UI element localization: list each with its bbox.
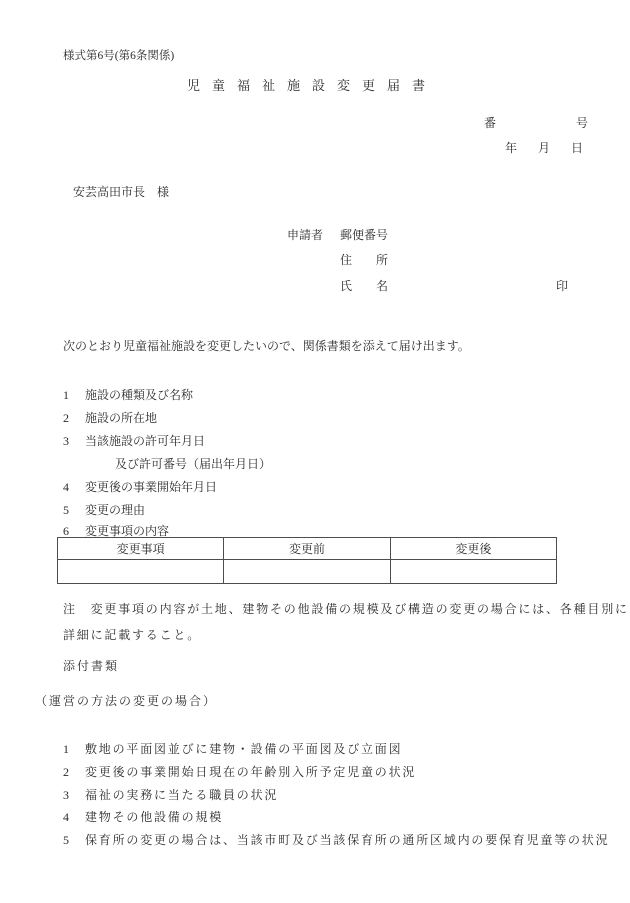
list-item: 4変更後の事業開始年月日 [63, 481, 217, 495]
attachment-item: 3福祉の実務に当たる職員の状況 [63, 789, 278, 803]
item-number: 2 [63, 412, 85, 426]
intro-text: 次のとおり児童福祉施設を変更したいので、関係書類を添えて届け出ます。 [63, 340, 470, 354]
attachments-title: 添付書類 [63, 660, 119, 674]
attachment-item: 4建物その他設備の規模 [63, 811, 223, 825]
item-text: 施設の種類及び名称 [85, 388, 193, 402]
list-item: 1施設の種類及び名称 [63, 389, 193, 403]
column-header-before: 変更前 [224, 538, 390, 560]
note-line1: 注 変更事項の内容が土地、建物その他設備の規模及び構造の変更の場合には、各種目別… [63, 603, 629, 617]
list-item: 5変更の理由 [63, 504, 145, 518]
item-text: 建物その他設備の規模 [85, 810, 223, 824]
item-number: 1 [63, 389, 85, 403]
item-text: 福祉の実務に当たる職員の状況 [85, 788, 278, 802]
item-text: 変更事項の内容 [85, 524, 169, 538]
document-title: 児童福祉施設変更届書 [187, 79, 437, 94]
postal-code-label: 郵便番号 [340, 229, 388, 243]
document-page: 様式第6号(第6条関係) 児童福祉施設変更届書 番 号 年月日 安芸高田市長 様… [0, 0, 630, 903]
seal-label: 印 [556, 280, 568, 294]
addressee: 安芸高田市長 様 [73, 186, 169, 200]
item-number: 4 [63, 481, 85, 495]
table-row [58, 560, 557, 584]
address-label: 住所 [340, 254, 388, 268]
item-text: 変更の理由 [85, 503, 145, 517]
document-number-prefix: 番 [484, 117, 496, 131]
item-number: 5 [63, 834, 85, 848]
table-cell [224, 560, 390, 584]
item-text: 保育所の変更の場合は、当該市町及び当該保育所の通所区域内の要保育児童等の状況 [85, 833, 609, 847]
item-number: 1 [63, 743, 85, 757]
item-number: 5 [63, 504, 85, 518]
name-label: 氏名 [340, 280, 388, 294]
form-number: 様式第6号(第6条関係) [63, 50, 174, 63]
item-number: 2 [63, 766, 85, 780]
list-item: 3当該施設の許可年月日 [63, 435, 205, 449]
note-line2: 詳細に記載すること。 [63, 629, 201, 643]
table-cell [58, 560, 224, 584]
attachment-item: 5保育所の変更の場合は、当該市町及び当該保育所の通所区域内の要保育児童等の状況 [63, 834, 609, 848]
document-number-suffix: 号 [576, 117, 588, 131]
item-text: 施設の所在地 [85, 411, 157, 425]
item-text: 当該施設の許可年月日 [85, 434, 205, 448]
item-text: 変更後の事業開始日現在の年齢別入所予定児童の状況 [85, 765, 416, 779]
column-header-change-item: 変更事項 [58, 538, 224, 560]
item-number: 3 [63, 435, 85, 449]
table-cell [390, 560, 556, 584]
attachment-item: 1敷地の平面図並びに建物・設備の平面図及び立面図 [63, 743, 402, 757]
attachments-case-label: （運営の方法の変更の場合） [35, 695, 217, 709]
change-table: 変更事項 変更前 変更後 [57, 537, 557, 584]
item-text: 敷地の平面図並びに建物・設備の平面図及び立面図 [85, 742, 402, 756]
date-line: 年月日 [505, 142, 583, 156]
column-header-after: 変更後 [390, 538, 556, 560]
applicant-label: 申請者 [287, 229, 323, 243]
item-number: 3 [63, 789, 85, 803]
item3-subtext: 及び許可番号（届出年月日） [115, 458, 271, 472]
attachment-item: 2変更後の事業開始日現在の年齢別入所予定児童の状況 [63, 766, 416, 780]
item-text: 変更後の事業開始年月日 [85, 480, 217, 494]
table-header-row: 変更事項 変更前 変更後 [58, 538, 557, 560]
list-item: 2施設の所在地 [63, 412, 157, 426]
item-number: 4 [63, 811, 85, 825]
